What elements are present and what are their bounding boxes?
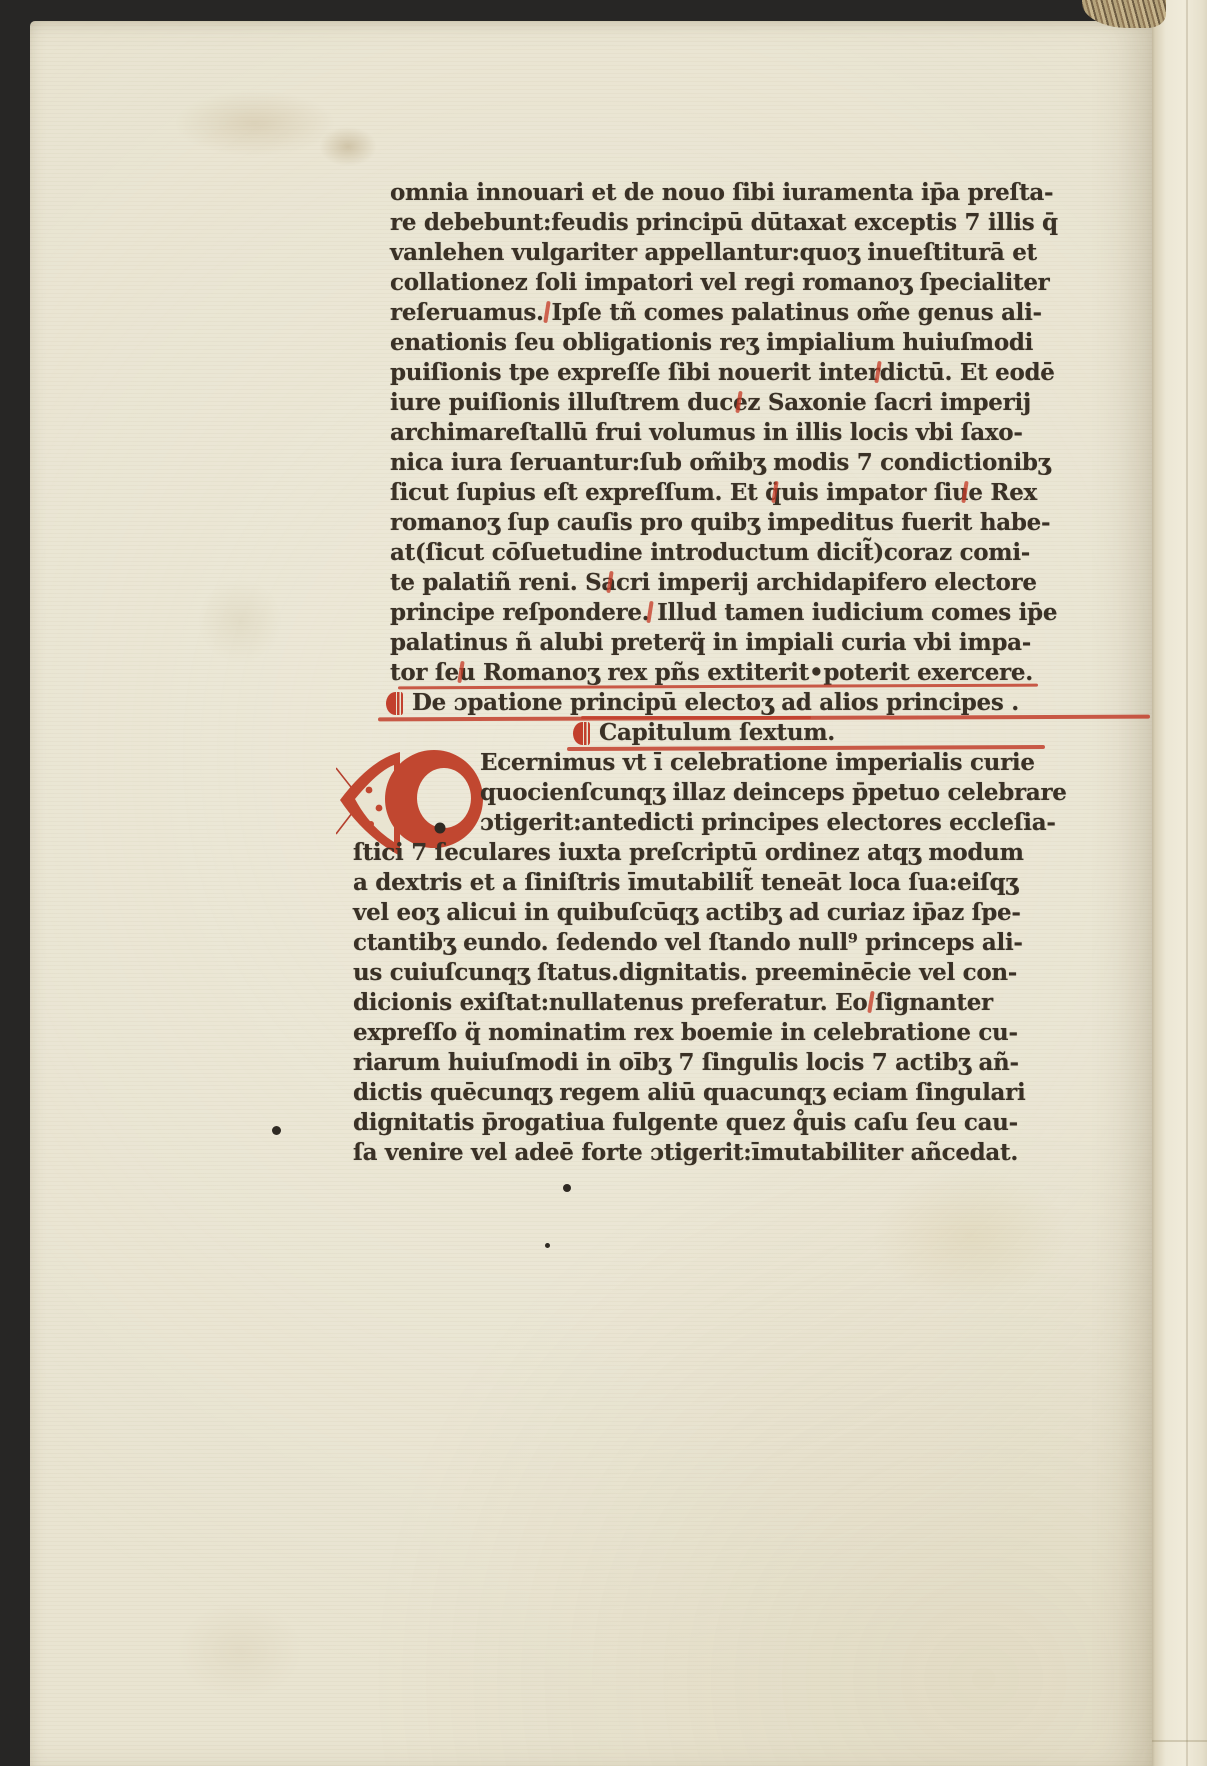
text-line: vanlehen vulgariter appellantur:quoʒ inu…	[390, 238, 1058, 268]
ink-dot	[545, 1243, 550, 1248]
chapter-heading-text: Capitulum ſextum.	[599, 718, 835, 748]
rubric-overline	[581, 716, 811, 719]
text-line: iure puiſionis illuſtrem ducez Saxonie ſ…	[390, 388, 1058, 418]
text-line: reſeruamus. Ipſe tñ comes palatinus om̃e…	[390, 298, 1058, 328]
text-line: us cuiuſcunqʒ ſtatus.dignitatis. preemin…	[353, 958, 1025, 988]
text-line: enationis ſeu obligationis reʒ impialium…	[390, 328, 1058, 358]
text-line: riarum huiuſmodi in oībʒ 7 ſingulis loci…	[353, 1048, 1025, 1078]
text-line: ſa venire vel adeē forte ɔtigerit:īmutab…	[353, 1138, 1025, 1168]
text-line: dicionis exiſtat:nullatenus preferatur. …	[353, 988, 1025, 1018]
text-line: dictis quēcunqʒ regem aliū quacunqʒ ecia…	[353, 1078, 1025, 1108]
text-line: omnia innouari et de nouo ſibi iuramenta…	[390, 178, 1058, 208]
page-crease	[1186, 0, 1188, 1766]
text-line: a dextris et a ſiniſtris īmutabilit̃ ten…	[353, 868, 1025, 898]
text-line: te palatiñ reni. Sacri imperij archidapi…	[390, 568, 1058, 598]
text-line: dignitatis p̄rogatiua fulgente quez q̊ui…	[353, 1108, 1025, 1138]
text-line: principe reſpondere. Illud tamen iudiciu…	[390, 598, 1058, 628]
page-edge-line	[1150, 1740, 1207, 1742]
photograph-background: { "document": { "type": "incunabulum-pag…	[0, 0, 1207, 1766]
ink-dot	[563, 1184, 571, 1192]
paper-stain	[308, 119, 388, 174]
rubric-heading-text: De ɔpatione principū electoʒ ad alios pr…	[412, 688, 1019, 718]
text-line: Ecernimus vt ī celebratione imperialis c…	[480, 748, 1067, 778]
text-line: at(ſicut cōſuetudine introductum dicit̃)…	[390, 538, 1058, 568]
main-text-block: omnia innouari et de nouo ſibi iuramenta…	[390, 178, 1058, 688]
chapter-heading: Capitulum ſextum.	[573, 718, 835, 748]
next-page-edge	[1150, 0, 1207, 1766]
chapter-text-block: ſtici 7 ſeculares iuxta preſcriptū ordin…	[353, 838, 1025, 1168]
text-line: quocienſcunqʒ illaz deinceps p̄petuo cel…	[480, 778, 1067, 808]
pilcrow-mark	[573, 722, 590, 745]
pilcrow-mark	[386, 692, 403, 715]
text-line: puiſionis tpe expreſſe ſibi nouerit inte…	[390, 358, 1058, 388]
text-line: ſtici 7 ſeculares iuxta preſcriptū ordin…	[353, 838, 1025, 868]
text-line: palatinus ñ alubi preterq̈ in impiali cu…	[390, 628, 1058, 658]
text-line: archimareſtallū frui volumus in illis lo…	[390, 418, 1058, 448]
text-line: nica iura ſeruantur:ſub om̃ibʒ modis 7 c…	[390, 448, 1058, 478]
ink-dot	[272, 1126, 281, 1135]
text-line: expreſſo q̈ nominatim rex boemie in cele…	[353, 1018, 1025, 1048]
text-line: re debebunt:feudis principū dūtaxat exce…	[390, 208, 1058, 238]
text-line: ctantibʒ eundo. ſedendo vel ſtando null⁹…	[353, 928, 1025, 958]
text-line: romanoʒ ſup cauſis pro quibʒ impeditus f…	[390, 508, 1058, 538]
paper-stain	[180, 561, 300, 681]
chapter-text-indented: Ecernimus vt ī celebratione imperialis c…	[480, 748, 1067, 838]
text-line: vel eoʒ alicui in quibuſcūqʒ actibʒ ad c…	[353, 898, 1025, 928]
text-line: ſicut ſupius eſt expreſſum. Et q̈uis imp…	[390, 478, 1058, 508]
text-line: collationez ſoli impatori vel regi roman…	[390, 268, 1058, 298]
rubric-heading: De ɔpatione principū electoʒ ad alios pr…	[386, 688, 1019, 718]
paper-stain	[150, 1581, 330, 1721]
paper-stain	[140, 76, 370, 171]
paper-stain	[830, 1141, 1110, 1331]
text-line: ɔtigerit:antedicti principes electores e…	[480, 808, 1067, 838]
